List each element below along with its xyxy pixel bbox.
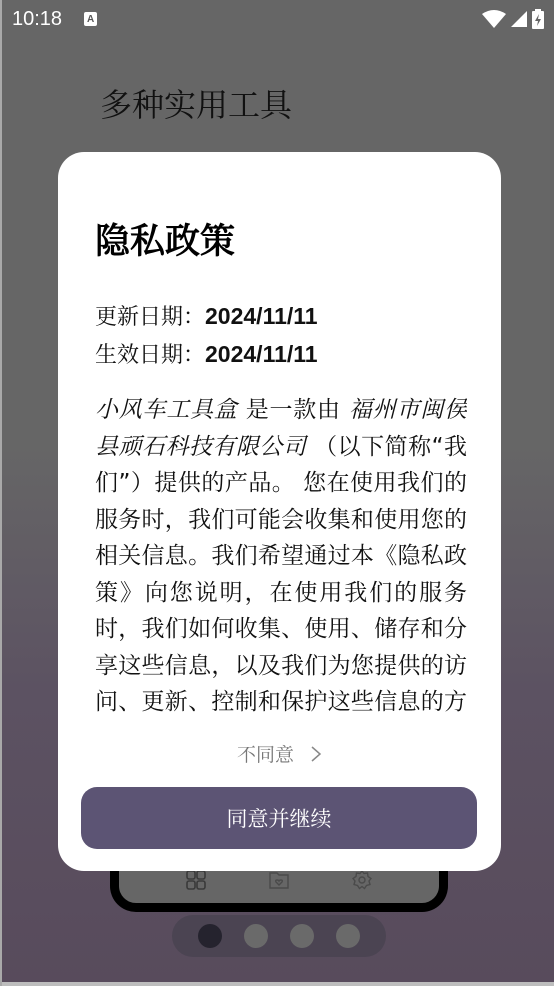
page-dot-1[interactable] (198, 924, 222, 948)
page-dot-2[interactable] (244, 924, 268, 948)
page-indicator (172, 915, 386, 957)
disagree-label: 不同意 (237, 744, 294, 766)
update-date-label: 更新日期： (95, 305, 205, 330)
update-date-value: 2024/11/11 (205, 303, 318, 329)
chevron-right-icon (310, 746, 322, 762)
grid-icon (186, 870, 206, 890)
background-tab-bar (119, 870, 439, 890)
body-segment-1: 是一款由 (238, 397, 349, 423)
disagree-button[interactable]: 不同意 (58, 740, 501, 767)
status-bar: 10:18 A (2, 0, 554, 38)
app-name: 小风车工具盒 (95, 397, 238, 423)
effective-date-row: 生效日期：2024/11/11 (95, 336, 318, 374)
gear-icon (352, 870, 372, 890)
status-time: 10:18 (12, 8, 62, 31)
background-feature-title: 多种实用工具 (100, 80, 292, 126)
screen: 10:18 A 多种实用工具 隐私政策 更新日期：2024/11/11 生效日期… (0, 0, 554, 986)
effective-date-label: 生效日期： (95, 343, 205, 368)
folder-heart-icon (269, 870, 289, 890)
notification-a-icon: A (84, 12, 97, 26)
status-icons (482, 9, 544, 29)
battery-charging-icon (532, 9, 544, 29)
policy-dates: 更新日期：2024/11/11 生效日期：2024/11/11 (95, 298, 318, 374)
agree-continue-button[interactable]: 同意并继续 (81, 787, 477, 849)
privacy-policy-dialog: 隐私政策 更新日期：2024/11/11 生效日期：2024/11/11 小风车… (58, 152, 501, 871)
update-date-row: 更新日期：2024/11/11 (95, 298, 318, 336)
page-dot-3[interactable] (290, 924, 314, 948)
page-dot-4[interactable] (336, 924, 360, 948)
wifi-icon (482, 10, 506, 28)
effective-date-value: 2024/11/11 (205, 341, 318, 367)
signal-icon (511, 11, 527, 27)
body-segment-2: （以下简称“我们”）提供的产品。 您在使用我们的服务时，我们可能会收集和使用您的… (95, 434, 467, 715)
dialog-title: 隐私政策 (95, 214, 235, 264)
policy-body-scroll[interactable]: 小风车工具盒 是一款由 福州市闽侯县顽石科技有限公司 （以下简称“我们”）提供的… (95, 392, 467, 714)
bottom-edge (2, 982, 554, 986)
